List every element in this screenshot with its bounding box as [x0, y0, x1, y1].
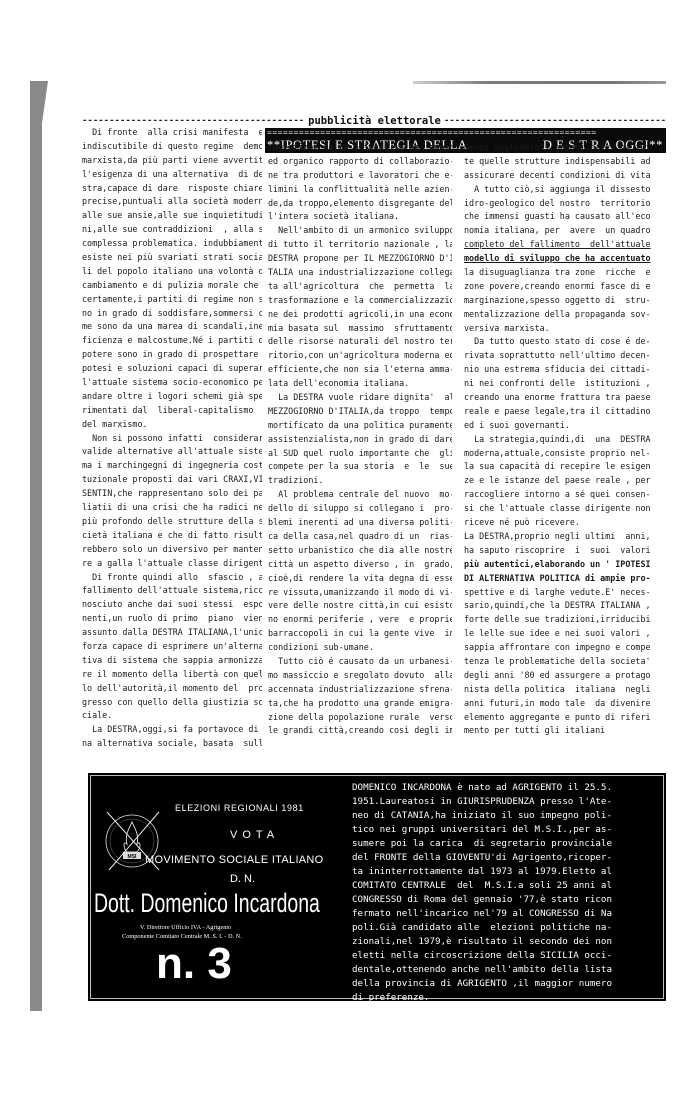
article-line: l'attuale sistema socio-economico per [82, 376, 262, 390]
article-line: la disuguaglianza tra zone ricche e [464, 266, 660, 280]
article-line: vere delle nostre città,in cui esisto [268, 599, 452, 613]
article-column-2: cogestione delle aziende,in un ampioed o… [268, 141, 452, 738]
article-line: tenza le problematiche della societa' [464, 655, 660, 669]
bio-line: del FRONTE della GIOVENTU'di Agrigento,r… [352, 851, 662, 865]
article-line: ma i marchingegni di ingegneria costi [82, 459, 262, 473]
article-line: forza capace di esprimere un'alterna- [82, 640, 262, 654]
article-line: la sua capacità di recepire le esigen [464, 460, 660, 474]
article-column-1: Di fronte alla crisi manifesta edindiscu… [82, 126, 262, 751]
article-line: anni futuri,in modo tale da divenire [464, 697, 660, 711]
article-line: me sono da una marea di scandali,inef [82, 320, 262, 334]
bio-line: poli.Già candidato alle elezioni politic… [352, 921, 662, 935]
article-line: efficiente,che non sia l'eterna amma- [268, 363, 452, 377]
article-line: marginazione,spesso oggetto di stru- [464, 294, 660, 308]
article-line: li del popolo italiano una volontà di [82, 265, 262, 279]
article-line: Di fronte quindi allo sfascio , al [82, 571, 262, 585]
article-line: de,da troppo,elemento disgregante del [268, 197, 452, 211]
article-line: tradizioni. [268, 474, 452, 488]
bio-line: DOMENICO INCARDONA è nato ad AGRIGENTO i… [352, 781, 662, 795]
article-line: liatii di una crisi che ha radici nel [82, 501, 262, 515]
article-line: ciale. [82, 709, 262, 723]
article-line: mento per tutti gli italiani [464, 724, 660, 738]
article-line: dello di siluppo si collegano i pro- [268, 502, 452, 516]
article-line: TALIA una industrializzazione collega [268, 266, 452, 280]
section-label: pubblicità elettorale [305, 115, 444, 127]
party-name: MOVIMENTO SOCIALE ITALIANO [145, 854, 324, 866]
article-line: cietà italiana e che di fatto risulte [82, 529, 262, 543]
article-line: mentalizzazione della propaganda sov- [464, 308, 660, 322]
article-line: elemento aggregante e punto di riferi [464, 711, 660, 725]
article-line: Tutto ciò é causato da un urbanesi- [268, 655, 452, 669]
page-edge-shadow [30, 81, 42, 1011]
article-line: creando una enorme frattura tra paese [464, 391, 660, 405]
article-line: mia basata sul massimo sfruttamento [268, 322, 452, 336]
bio-line: eletti nella circoscrizione della SICILI… [352, 949, 662, 963]
header-dashes-right: ----------------------------------------… [444, 116, 667, 126]
article-line: mo massiccio e sregolato dovuto alla [268, 669, 452, 683]
electoral-ad: MSI ELEZIONI REGIONALI 1981 VOTA MOVIMEN… [88, 773, 666, 1001]
article-line: La DESTRA vuole ridare dignita' al [268, 391, 452, 405]
article-line: assunto dalla DESTRA ITALIANA,l'unica [82, 626, 262, 640]
bio-line: dentale,ottenendo anche nell'ambito dell… [352, 963, 662, 977]
bio-line: tico nei gruppi universitari del M.S.I.,… [352, 823, 662, 837]
article-line: La DESTRA,proprio negli ultimi anni, [464, 530, 660, 544]
bio-line: fermato nell'incarico nel'79 al CONGRESS… [352, 907, 662, 921]
article-line: Da tutto questo stato di cose é de- [464, 335, 660, 349]
article-line: ha saputo riscoprire i suoi valori [464, 544, 660, 558]
article-line: potesi e soluzioni capaci di superare [82, 362, 262, 376]
article-line: lo dell'autorità,il momento del pro- [82, 682, 262, 696]
bio-line: CONGRESSO di Roma del gennaio '77,è stat… [352, 893, 662, 907]
article-line: cioè,di rendere la vita degna di esse [268, 572, 452, 586]
article-line: barraccopoli in cui la gente vive in [268, 627, 452, 641]
article-line: cambiamento e di pulizia morale che , [82, 279, 262, 293]
bio-line: sumere poi la carica di segretario provi… [352, 837, 662, 851]
article-line: compete per la sua storia e le sue [268, 460, 452, 474]
ad-candidate-panel: MSI ELEZIONI REGIONALI 1981 VOTA MOVIMEN… [90, 775, 352, 999]
list-number: n. 3 [156, 939, 232, 989]
article-line: no in grado di soddisfare,sommersi co [82, 307, 262, 321]
article-line: alle sue ansie,alle sue inquietitudi- [82, 209, 262, 223]
article-line: nosciuto anche dai suoi stessi espo- [82, 598, 262, 612]
article-line: lata dell'economia italiana. [268, 377, 452, 391]
article-line: città un aspetto diverso , in grado, [268, 558, 452, 572]
party-suffix: D. N. [230, 873, 255, 885]
article-line: ni nei confronti delle istituzioni , [464, 377, 660, 391]
article-line: Di fronte alla crisi manifesta ed [82, 126, 262, 140]
article-line: A tutto ciò,si aggiunga il dissesto [464, 183, 660, 197]
article-line: ta,che ha prodotto una grande emigra- [268, 697, 452, 711]
article-line: le lelle sue idee e nei suoi valori , [464, 627, 660, 641]
candidate-bio: DOMENICO INCARDONA è nato ad AGRIGENTO i… [352, 781, 662, 1005]
article-line: ta all'agricoltura che permetta la [268, 280, 452, 294]
article-line: indiscutibile di questo regime demo- [82, 140, 262, 154]
article-column-3: mensi agglomerati urbani,privi di tutte … [464, 141, 660, 738]
article-line: mensi agglomerati urbani,privi di tut [464, 141, 660, 155]
bio-line: zionali,nel 1979,è risultato il secondo … [352, 935, 662, 949]
article-line: andare oltre i logori schemi già spe- [82, 390, 262, 404]
article-line: nista della politica italiana negli [464, 683, 660, 697]
article-line: moderna,attuale,consiste proprio nel- [464, 447, 660, 461]
article-line: re vissuta,umanizzando il modo di vi- [268, 586, 452, 600]
article-line: rivata soprattutto nell'ultimo decen- [464, 349, 660, 363]
article-line: di tutto il territorio nazionale , la [268, 238, 452, 252]
article-line: ed organico rapporto di collaborazio- [268, 155, 452, 169]
article-line: al SUD quel ruolo importante che gli [268, 447, 452, 461]
article-line: re a galla l'attuale classe dirigente [82, 557, 262, 571]
article-line: marxista,da più parti viene avvertita [82, 154, 262, 168]
article-line: certamente,i partiti di regime non so [82, 293, 262, 307]
article-line: te quelle strutture indispensabili ad [464, 155, 660, 169]
bio-line: neo di CATANIA,ha iniziato il suo impegn… [352, 809, 662, 823]
article-line: spettive e di larghe vedute.E' neces- [464, 586, 660, 600]
article-line: blemi inerenti ad una diversa politi- [268, 516, 452, 530]
article-line: MEZZOGIORNO D'ITALIA,da troppo tempo [268, 405, 452, 419]
article-line: l'intera società italiana. [268, 210, 452, 224]
article-line: SENTIN,che rappresentano solo dei pal [82, 487, 262, 501]
header-dashes-left: ----------------------------------------… [82, 116, 305, 126]
article-line: versiva marxista. [464, 322, 660, 336]
article-line: ca della casa,nel quadro di un rias- [268, 530, 452, 544]
article-line: ni,alle sue contraddizioni , alla sua [82, 223, 262, 237]
vote-label: VOTA [230, 829, 279, 841]
article-line: fallimento dell'attuale sistema,rico- [82, 584, 262, 598]
article-line: più profondo delle strutture della so [82, 515, 262, 529]
article-line: cogestione delle aziende,in un ampio [268, 141, 452, 155]
article-line: complessa problematica. indubbiamente [82, 237, 262, 251]
article-line: completo del fallimento dell'attuale [464, 238, 660, 252]
article-line: trasformazione e la commercializzazio [268, 294, 452, 308]
article-line: no enormi periferie , vere e proprie [268, 613, 452, 627]
article-line: Nell'ambito di un armonico sviluppo [268, 224, 452, 238]
article-line: sappia affrontare con impegno e compe [464, 641, 660, 655]
article-line: raccogliere intorno a sé quei consen- [464, 488, 660, 502]
article-line: tiva di sistema che sappia armonizza- [82, 654, 262, 668]
bio-line: 1951.Laureatosi in GIURISPRUDENZA presso… [352, 795, 662, 809]
article-line: zione della popolazione rurale verso [268, 711, 452, 725]
article-line: limini la conflittualità nelle azien- [268, 183, 452, 197]
svg-text:MSI: MSI [128, 854, 138, 860]
article-line: le grandi città,creando così degli im [268, 724, 452, 738]
article-line: zone povere,creando enormi fasce di e [464, 280, 660, 294]
article-line: ritorio,con un'agricoltura moderna ed [268, 349, 452, 363]
article-line: ne dei prodotti agricoli,in una econo [268, 308, 452, 322]
article-line: sario,quindi,che la DESTRA ITALIANA , [464, 599, 660, 613]
article-line: degli anni '80 ed assurgere a protago [464, 669, 660, 683]
bio-line: COMITATO CENTRALE del M.S.I.a soli 25 an… [352, 879, 662, 893]
article-line: rimentati dal liberal-capitalismo e [82, 404, 262, 418]
article-line: Al problema centrale del nuovo mo- [268, 488, 452, 502]
article-line: del marxismo. [82, 418, 262, 432]
article-line: rebbero solo un diversivo per mantene [82, 543, 262, 557]
article-line: precise,puntuali alla società moderna [82, 195, 262, 209]
article-line: esiste nei più svariati strati socia- [82, 251, 262, 265]
article-line: na alternativa sociale, basata sulla [82, 737, 262, 751]
article-line: nomia italiana, per avere un quadro [464, 224, 660, 238]
article-line: valide alternative all'attuale siste- [82, 445, 262, 459]
top-rule [413, 81, 666, 84]
article-line: si che l'attuale classe dirigente non [464, 502, 660, 516]
article-line: potere sono in grado di prospettare i [82, 348, 262, 362]
candidate-role-1: V. Direttore Ufficio IVA - Agrigento [140, 924, 231, 931]
article-line: riceve né può ricevere. [464, 516, 660, 530]
article-line: ficienza e malcostume.Né i partiti di [82, 334, 262, 348]
article-line: DESTRA propone per IL MEZZOGIORNO D'I [268, 252, 452, 266]
title-equals-row: ========================================… [265, 128, 666, 138]
article-line: delle risorse naturali del nostro ter [268, 335, 452, 349]
article-line: mortificato da una politica puramente [268, 419, 452, 433]
article-line: ne tra produttori e lavoratori che e- [268, 169, 452, 183]
article-line: idro-geologico del nostro territorio [464, 197, 660, 211]
article-line: condizioni sub-umane. [268, 641, 452, 655]
article-line: nenti,un ruolo di primo piano viene [82, 612, 262, 626]
article-line: reale e paese legale,tra il cittadino [464, 405, 660, 419]
bio-line: ta ininterrottamente dal 1973 al 1979.El… [352, 865, 662, 879]
article-line: più autentici,elaborando un ' IPOTESI [464, 558, 660, 572]
article-line: ze e le istanze del paese reale , per [464, 474, 660, 488]
article-line: forte delle sue tradizioni,irriducibi [464, 613, 660, 627]
article-line: re il momento della libertà con quel- [82, 668, 262, 682]
article-line: La strategia,quindi,di una DESTRA [464, 433, 660, 447]
article-line: nio una estrema sfiducia dei cittadi- [464, 363, 660, 377]
bio-line: della provincia di AGRIGENTO ,il maggior… [352, 977, 662, 991]
article-line: modello di sviluppo che ha accentuato [464, 252, 660, 266]
article-line: assicurare decenti condizioni di vita [464, 169, 660, 183]
article-line: ed i suoi governanti. [464, 419, 660, 433]
article-line: setto urbanistico che dia alle nostre [268, 544, 452, 558]
article-line: gresso con quello della giustizia so- [82, 696, 262, 710]
article-line: assistenzialista,non in grado di dare [268, 433, 452, 447]
bio-line: di preferenze. [352, 991, 662, 1005]
article-line: Non si possono infatti considerare [82, 432, 262, 446]
candidate-name: Dott. Domenico Incardona [94, 888, 353, 919]
article-line: tuzionale proposti dai vari CRAXI,VI- [82, 473, 262, 487]
article-line: La DESTRA,oggi,si fa portavoce di u [82, 723, 262, 737]
article-line: l'esigenza di una alternativa di de- [82, 168, 262, 182]
election-label: ELEZIONI REGIONALI 1981 [175, 803, 304, 813]
article-line: DI ALTERNATIVA POLITICA di ampie pro- [464, 572, 660, 586]
article-line: accennata industrializzazione sfrena- [268, 683, 452, 697]
article-line: stra,capace di dare risposte chiare, [82, 182, 262, 196]
article-line: che immensi guasti ha causato all'eco [464, 210, 660, 224]
